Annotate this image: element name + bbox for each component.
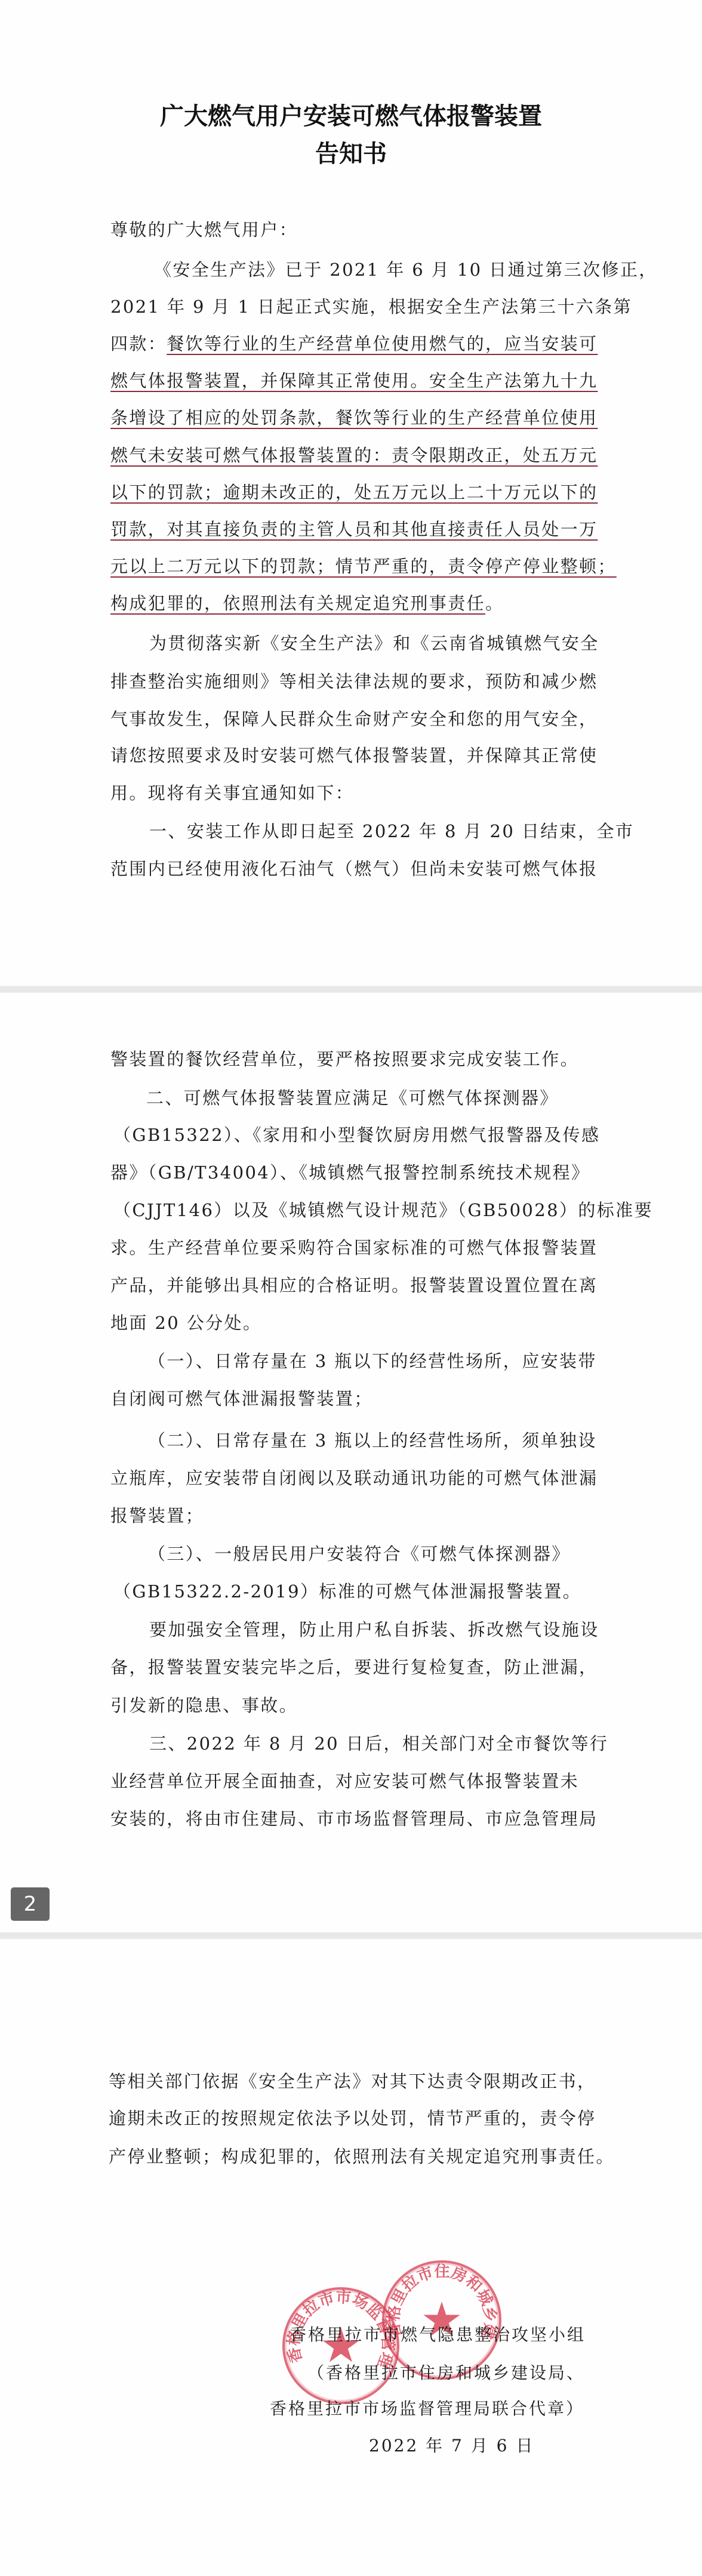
body-line: （二）、日常存量在 3 瓶以上的经营性场所，须单独设 [148, 1429, 597, 1452]
body-line: 等相关部门依据《安全生产法》对其下达责令限期改正书， [109, 2069, 596, 2093]
body-line: （三）、一般居民用户安装符合《可燃气体探测器》 [148, 1542, 571, 1566]
body-line: 构成犯罪的，依照刑法有关规定追究刑事责任。 [110, 591, 504, 615]
body-line: 用。现将有关事宜通知如下： [110, 781, 354, 805]
body-line: 《安全生产法》已于 2021 年 6 月 10 日通过第三次修正， [154, 258, 658, 282]
body-line: 备，报警装置安装完毕之后，要进行复检复查，防止泄漏， [110, 1655, 598, 1679]
page-number-badge: 2 [11, 1887, 50, 1921]
signature-line-1: 香格里拉市市燃气隐患整治攻坚小组 [290, 2323, 586, 2347]
body-line: 排查整治实施细则》等相关法律法规的要求，预防和减少燃 [110, 670, 598, 693]
body-line: 报警装置； [110, 1504, 204, 1528]
signature-line-2: （香格里拉市住房和城乡建设局、 [307, 2361, 585, 2385]
body-line: 业经营单位开展全面抽查，对应安装可燃气体报警装置未 [110, 1769, 579, 1793]
underlined-legal-text: 餐饮等行业的生产经营单位使用燃气的，应当安装可 [167, 334, 598, 354]
underlined-legal-text: 以下的罚款；逾期未改正的，处五万元以上二十万元以下的 [110, 480, 598, 504]
body-line: 安装的，将由市住建局、市市场监督管理局、市应急管理局 [110, 1807, 598, 1831]
document-page-1: 广大燃气用户安装可燃气体报警装置 告知书 尊敬的广大燃气用户： 《安全生产法》已… [0, 0, 702, 986]
body-line: 器》（GB/T34004）、《城镇燃气报警控制系统技术规程》 [110, 1161, 590, 1184]
body-line: 一、安装工作从即日起至 2022 年 8 月 20 日结束，全市 [149, 819, 634, 843]
body-line: 请您按照要求及时安装可燃气体报警装置，并保障其正常使 [110, 744, 598, 767]
signature-date: 2022 年 7 月 6 日 [369, 2434, 534, 2458]
document-page-2: 警装置的餐饮经营单位，要严格按照要求完成安装工作。 二、可燃气体报警装置应满足《… [0, 993, 702, 1932]
salutation: 尊敬的广大燃气用户： [110, 218, 298, 242]
body-line: 警装置的餐饮经营单位，要严格按照要求完成安装工作。 [110, 1047, 579, 1071]
body-line: 三、2022 年 8 月 20 日后，相关部门对全市餐饮等行 [149, 1732, 608, 1756]
body-line: 地面 20 公分处。 [110, 1311, 261, 1335]
body-line: （GB15322.2-2019）标准的可燃气体泄漏报警装置。 [113, 1579, 581, 1603]
body-line: （CJJT146）以及《城镇燃气设计规范》（GB50028）的标准要 [113, 1198, 653, 1222]
page-separator [0, 1932, 702, 1939]
document-title-line2: 告知书 [0, 136, 702, 172]
body-line: 产品，并能够出具相应的合格证明。报警装置设置位置在离 [110, 1273, 598, 1297]
body-line: 立瓶库，应安装带自闭阀以及联动通讯功能的可燃气体泄漏 [110, 1466, 598, 1490]
underlined-legal-text: 燃气体报警装置，并保障其正常使用。安全生产法第九十九 [110, 369, 598, 393]
body-line: （GB15322）、《家用和小型餐饮厨房用燃气报警器及传感 [113, 1123, 600, 1147]
underlined-legal-text: 构成犯罪的，依照刑法有关规定追究刑事责任 [110, 593, 485, 613]
document-page-3: 等相关部门依据《安全生产法》对其下达责令限期改正书， 逾期未改正的按照规定依法予… [0, 1939, 702, 2576]
underlined-legal-text: 条增设了相应的处罚条款，餐饮等行业的生产经营单位使用 [110, 406, 598, 430]
body-line-prefix: 四款： [110, 334, 167, 354]
underlined-legal-text: 燃气未安装可燃气体报警装置的：责令限期改正，处五万元 [110, 443, 598, 467]
body-line: 为贯彻落实新《安全生产法》和《云南省城镇燃气安全 [149, 631, 599, 655]
body-line: （一）、日常存量在 3 瓶以下的经营性场所，应安装带 [148, 1349, 597, 1373]
signature-line-3: 香格里拉市市场监督管理局联合代章） [270, 2397, 584, 2421]
body-line: 范围内已经使用液化石油气（燃气）但尚未安装可燃气体报 [110, 857, 598, 881]
body-line: 产停业整顿；构成犯罪的，依照刑法有关规定追究刑事责任。 [109, 2145, 615, 2168]
body-line: 求。生产经营单位要采购符合国家标准的可燃气体报警装置 [110, 1236, 598, 1260]
body-line: 引发新的隐患、事故。 [110, 1693, 298, 1717]
body-line: 2021 年 9 月 1 日起正式实施，根据安全生产法第三十六条第 [110, 295, 632, 319]
body-line: 要加强安全管理，防止用户私自拆装、拆改燃气设施设 [149, 1618, 599, 1642]
body-line: 气事故发生，保障人民群众生命财产安全和您的用气安全， [110, 707, 598, 731]
underlined-legal-text: 罚款，对其直接负责的主管人员和其他直接责任人员处一万 [110, 517, 598, 541]
page-separator [0, 986, 702, 993]
body-line-suffix: 。 [485, 593, 504, 613]
body-line: 四款：餐饮等行业的生产经营单位使用燃气的，应当安装可 [110, 332, 598, 356]
underlined-legal-text: 元以上二万元以下的罚款；情节严重的，责令停产停业整顿； [110, 554, 617, 578]
body-line: 逾期未改正的按照规定依法予以处罚，情节严重的，责令停 [109, 2106, 596, 2130]
document-title-line1: 广大燃气用户安装可燃气体报警装置 [0, 98, 702, 134]
body-line: 二、可燃气体报警装置应满足《可燃气体探测器》 [146, 1086, 559, 1110]
body-line: 自闭阀可燃气体泄漏报警装置； [110, 1387, 373, 1411]
